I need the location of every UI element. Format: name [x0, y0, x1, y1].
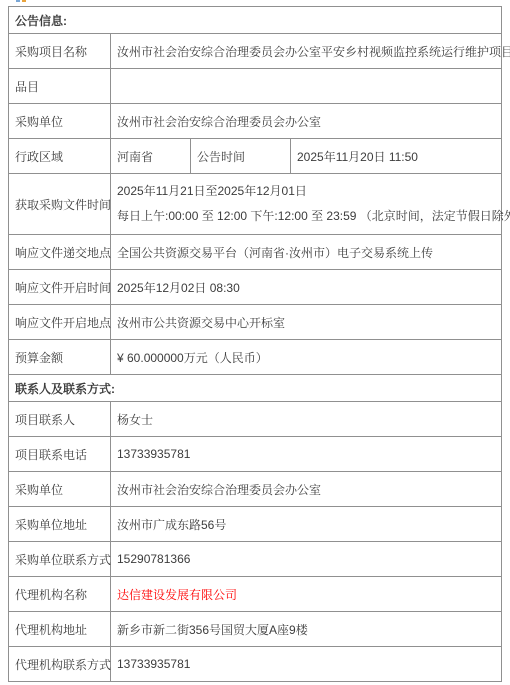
- announcement-table-body: 公告信息:采购项目名称汝州市社会治安综合治理委员会办公室平安乡村视频监控系统运行…: [9, 7, 502, 682]
- section-header: 公告信息:: [9, 7, 502, 34]
- row-label: 采购单位: [9, 472, 111, 507]
- cropped-text-fragment-orange: [22, 0, 26, 2]
- cropped-text-fragment-blue: [16, 0, 20, 2]
- section-header: 联系人及联系方式:: [9, 375, 502, 402]
- row-value: 新乡市新二街356号国贸大厦A座9楼: [111, 612, 502, 647]
- procurement-announcement-page: 公告信息:采购项目名称汝州市社会治安综合治理委员会办公室平安乡村视频监控系统运行…: [0, 0, 510, 685]
- row-label: 代理机构联系方式: [9, 647, 111, 682]
- row-value: 河南省: [111, 139, 191, 174]
- row-label: 品目: [9, 69, 111, 104]
- row-value: 2025年11月21日至2025年12月01日每日上午:00:00 至 12:0…: [111, 174, 502, 235]
- row-value: ¥ 60.000000万元（人民币）: [111, 340, 502, 375]
- row-value-line: 2025年11月21日至2025年12月01日: [117, 179, 501, 204]
- table-row: 预算金额¥ 60.000000万元（人民币）: [9, 340, 502, 375]
- row-label: 行政区域: [9, 139, 111, 174]
- row-label: 响应文件递交地点: [9, 235, 111, 270]
- row-value: 汝州市社会治安综合治理委员会办公室: [111, 104, 502, 139]
- row-value: 15290781366: [111, 542, 502, 577]
- row-value: 汝州市社会治安综合治理委员会办公室: [111, 472, 502, 507]
- row-label: 代理机构地址: [9, 612, 111, 647]
- row-label: 项目联系电话: [9, 437, 111, 472]
- row-value: [111, 69, 502, 104]
- announcement-table: 公告信息:采购项目名称汝州市社会治安综合治理委员会办公室平安乡村视频监控系统运行…: [8, 6, 502, 682]
- table-row: 代理机构名称达信建设发展有限公司: [9, 577, 502, 612]
- row-label: 获取采购文件时间: [9, 174, 111, 235]
- row-label: 采购单位地址: [9, 507, 111, 542]
- row-value-line: 每日上午:00:00 至 12:00 下午:12:00 至 23:59 （北京时…: [117, 204, 501, 229]
- row-label: 响应文件开启地点: [9, 305, 111, 340]
- table-row: 项目联系电话13733935781: [9, 437, 502, 472]
- row-value: 汝州市社会治安综合治理委员会办公室平安乡村视频监控系统运行维护项目: [111, 34, 502, 69]
- row-label-secondary: 公告时间: [191, 139, 291, 174]
- row-label: 采购单位: [9, 104, 111, 139]
- table-row: 采购单位联系方式15290781366: [9, 542, 502, 577]
- row-value: 13733935781: [111, 437, 502, 472]
- row-value: 13733935781: [111, 647, 502, 682]
- row-label: 项目联系人: [9, 402, 111, 437]
- table-row: 响应文件开启地点汝州市公共资源交易中心开标室: [9, 305, 502, 340]
- table-row: 项目联系人杨女士: [9, 402, 502, 437]
- table-row: 采购项目名称汝州市社会治安综合治理委员会办公室平安乡村视频监控系统运行维护项目: [9, 34, 502, 69]
- row-label: 预算金额: [9, 340, 111, 375]
- table-row: 代理机构联系方式13733935781: [9, 647, 502, 682]
- row-value: 2025年12月02日 08:30: [111, 270, 502, 305]
- row-value: 杨女士: [111, 402, 502, 437]
- row-value: 全国公共资源交易平台（河南省·汝州市）电子交易系统上传: [111, 235, 502, 270]
- row-label: 采购项目名称: [9, 34, 111, 69]
- table-row: 采购单位汝州市社会治安综合治理委员会办公室: [9, 472, 502, 507]
- table-row: 行政区域河南省公告时间2025年11月20日 11:50: [9, 139, 502, 174]
- row-value: 汝州市公共资源交易中心开标室: [111, 305, 502, 340]
- table-row: 获取采购文件时间2025年11月21日至2025年12月01日每日上午:00:0…: [9, 174, 502, 235]
- row-value-secondary: 2025年11月20日 11:50: [291, 139, 502, 174]
- table-row: 响应文件开启时间2025年12月02日 08:30: [9, 270, 502, 305]
- row-label: 采购单位联系方式: [9, 542, 111, 577]
- table-row: 公告信息:: [9, 7, 502, 34]
- table-row: 代理机构地址新乡市新二街356号国贸大厦A座9楼: [9, 612, 502, 647]
- table-row: 采购单位汝州市社会治安综合治理委员会办公室: [9, 104, 502, 139]
- row-label: 响应文件开启时间: [9, 270, 111, 305]
- table-row: 采购单位地址汝州市广成东路56号: [9, 507, 502, 542]
- table-row: 响应文件递交地点全国公共资源交易平台（河南省·汝州市）电子交易系统上传: [9, 235, 502, 270]
- row-value: 汝州市广成东路56号: [111, 507, 502, 542]
- agency-name-link[interactable]: 达信建设发展有限公司: [117, 588, 237, 602]
- row-value: 达信建设发展有限公司: [111, 577, 502, 612]
- table-row: 联系人及联系方式:: [9, 375, 502, 402]
- table-row: 品目: [9, 69, 502, 104]
- row-label: 代理机构名称: [9, 577, 111, 612]
